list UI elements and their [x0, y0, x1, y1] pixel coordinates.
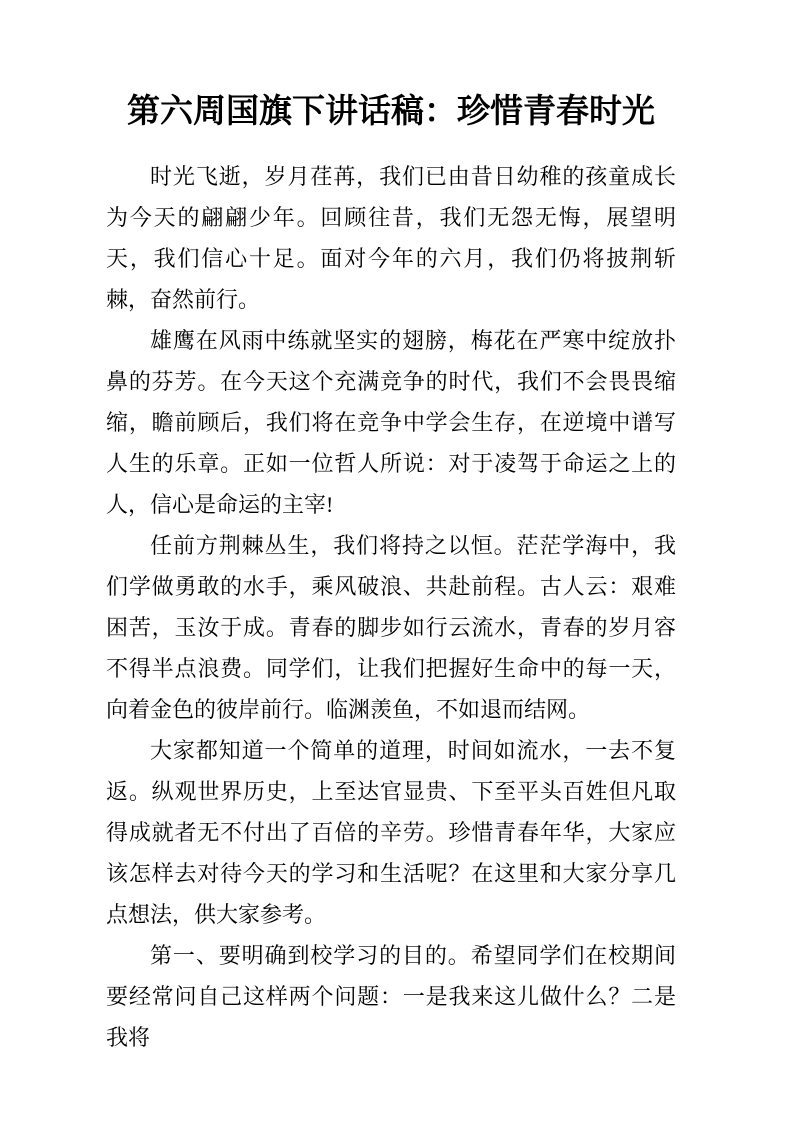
document-body: 时光飞逝，岁月荏苒，我们已由昔日幼稚的孩童成长为今天的翩翩少年。回顾往昔，我们无… [106, 156, 676, 1058]
document-title: 第六周国旗下讲话稿：珍惜青春时光 [106, 88, 676, 136]
document-page: 第六周国旗下讲话稿：珍惜青春时光 时光飞逝，岁月荏苒，我们已由昔日幼稚的孩童成长… [0, 0, 793, 1122]
paragraph: 时光飞逝，岁月荏苒，我们已由昔日幼稚的孩童成长为今天的翩翩少年。回顾往昔，我们无… [106, 156, 676, 320]
paragraph: 任前方荆棘丛生，我们将持之以恒。茫茫学海中，我们学做勇敢的水手，乘风破浪、共赴前… [106, 525, 676, 730]
paragraph: 第一、要明确到校学习的目的。希望同学们在校期间要经常问自己这样两个问题：一是我来… [106, 935, 676, 1058]
paragraph: 雄鹰在风雨中练就坚实的翅膀，梅花在严寒中绽放扑鼻的芬芳。在今天这个充满竞争的时代… [106, 320, 676, 525]
paragraph: 大家都知道一个简单的道理，时间如流水，一去不复返。纵观世界历史，上至达官显贵、下… [106, 730, 676, 935]
